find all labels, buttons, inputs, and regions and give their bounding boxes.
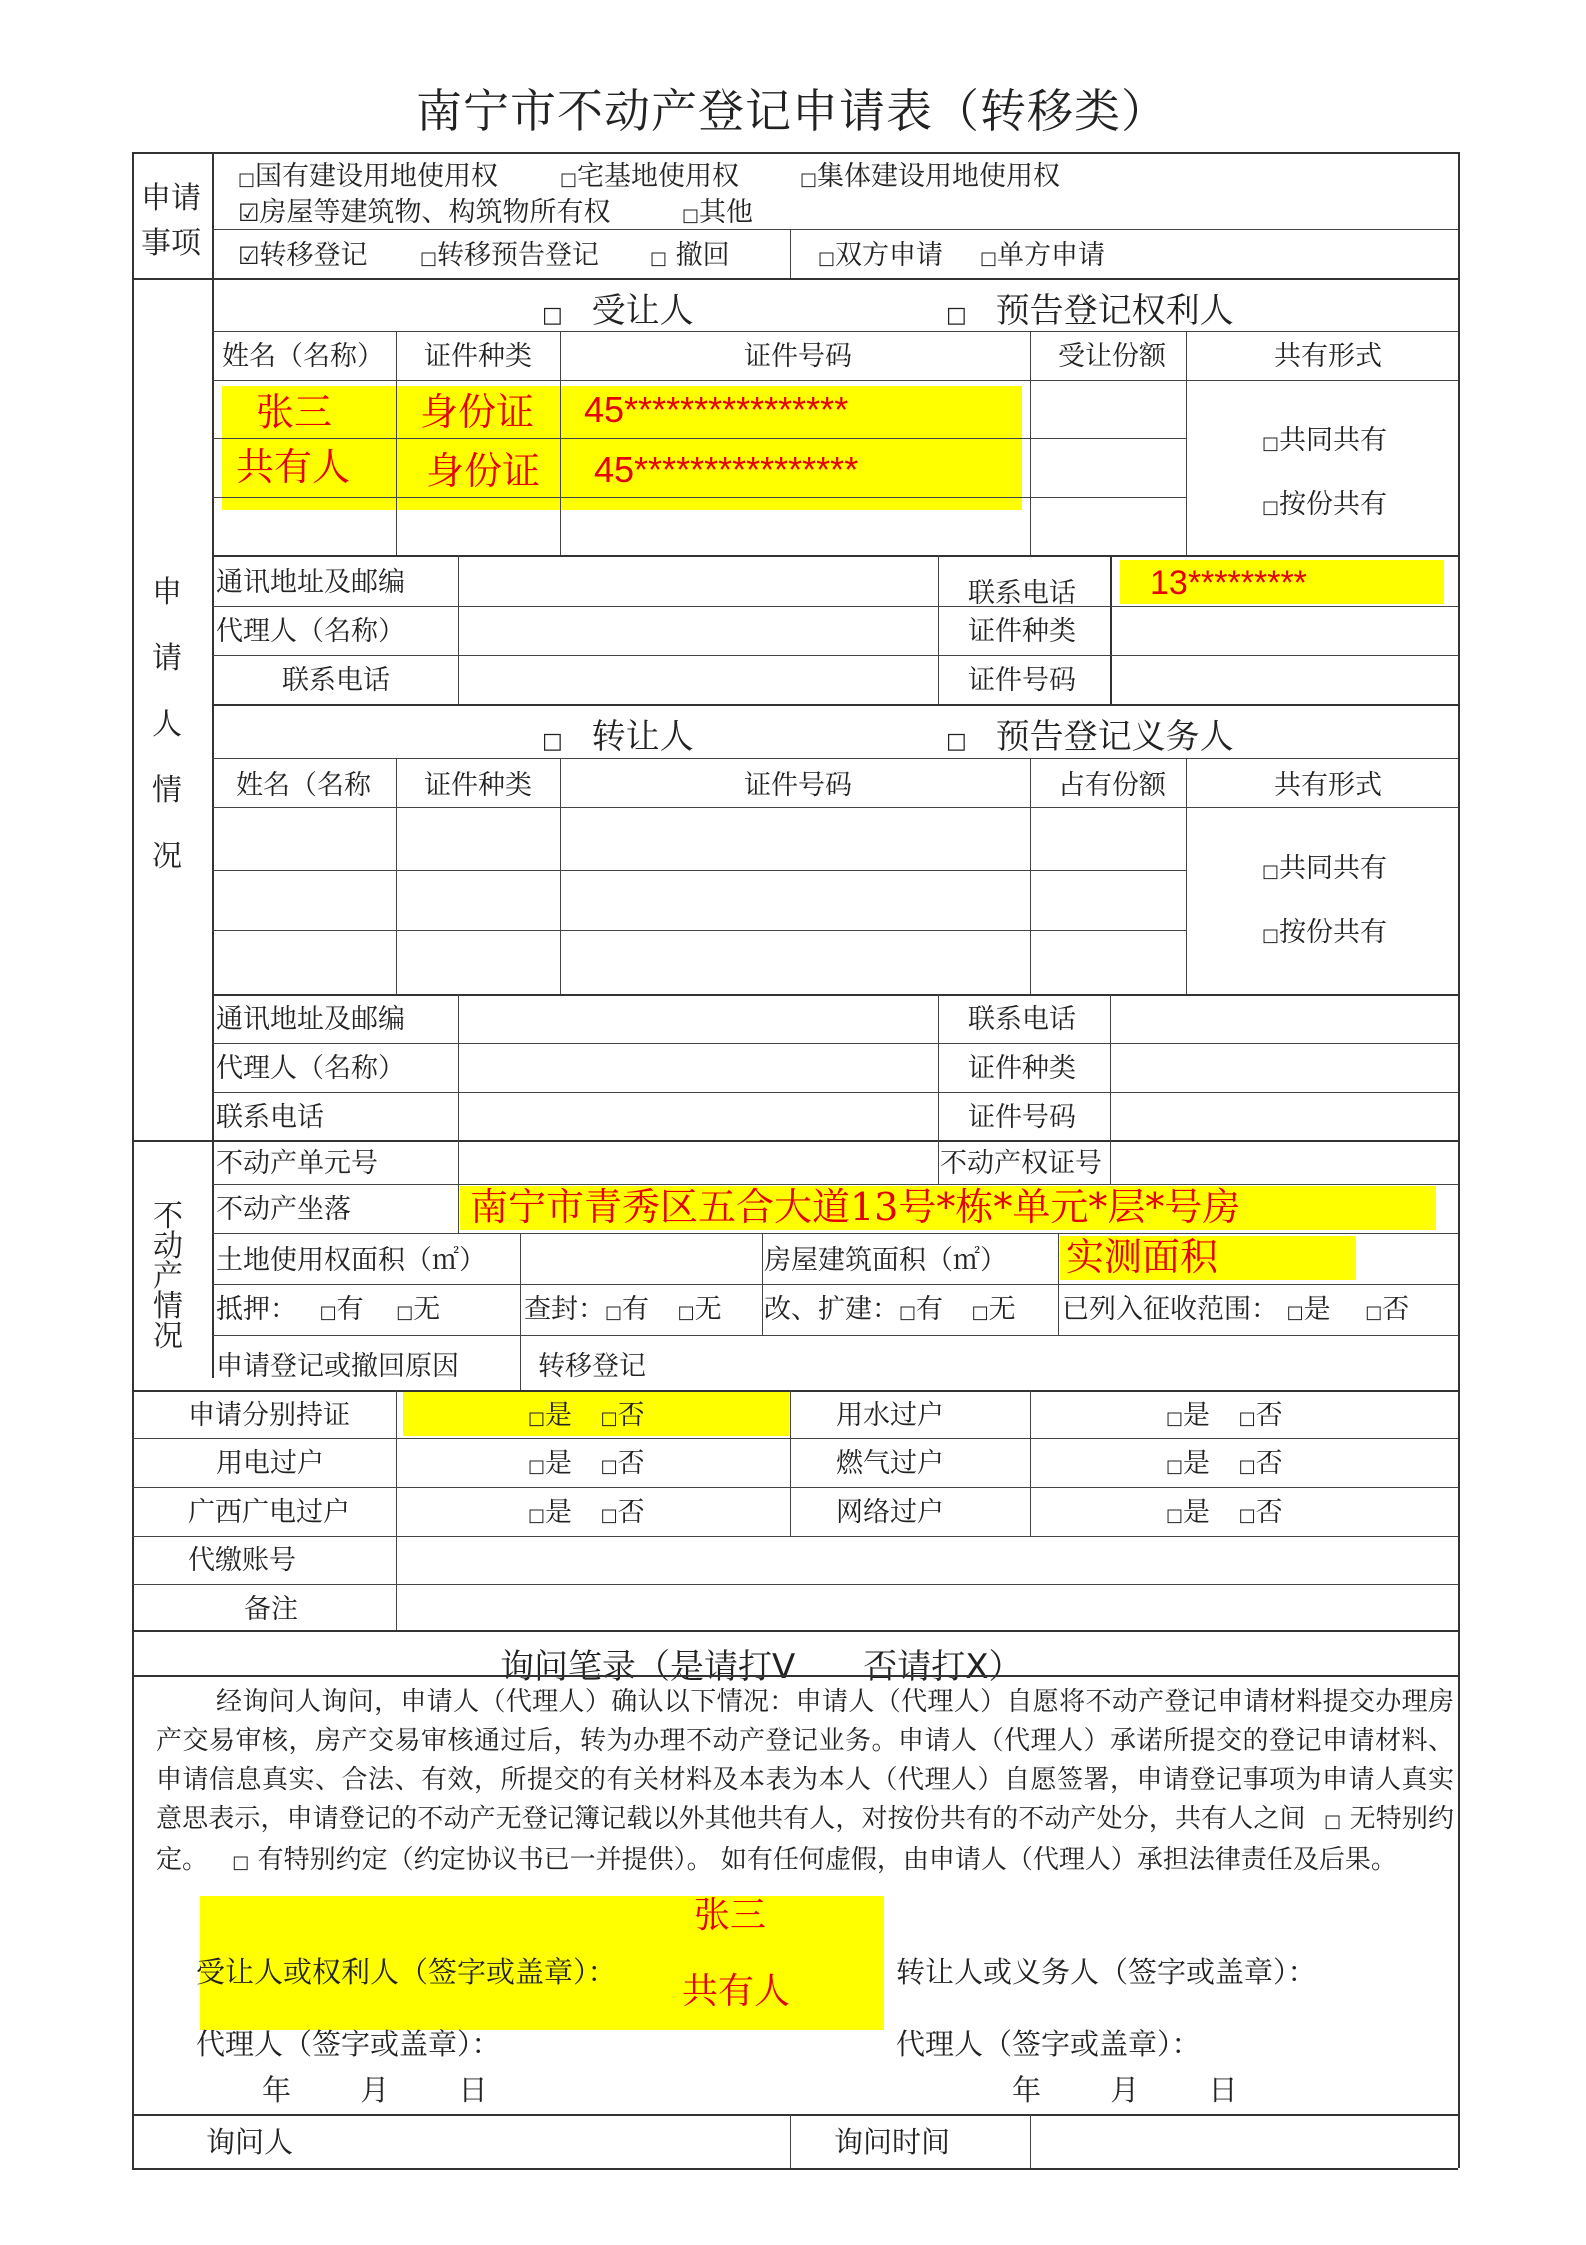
gas-transfer-label: 燃气过户 <box>836 1450 944 1477</box>
agent-id-type-label: 证件种类 <box>968 618 1076 645</box>
co-ownership-joint[interactable]: □共同共有 <box>1262 427 1387 454</box>
inquiry-title: 询问笔录（是请打V 否请打X） <box>500 1650 1023 1684</box>
seizure-field: 查封：□有 □无 <box>524 1296 722 1323</box>
agent-signature-label-left: 代理人（签字或盖章）： <box>196 2030 501 2059</box>
payment-account-input[interactable] <box>398 1538 1456 1583</box>
divider <box>212 229 1458 230</box>
checkbox-icon[interactable]: □ <box>320 1302 337 1323</box>
checkbox-no-agreement[interactable]: □ <box>1324 1811 1341 1832</box>
phone-label: 联系电话 <box>968 1006 1076 1033</box>
application-matters-label: 申请事项 <box>138 176 204 266</box>
divider <box>938 555 939 704</box>
agent-name-label: 代理人（名称） <box>216 618 405 645</box>
electricity-transfer-label: 用电过户 <box>216 1450 324 1477</box>
divider <box>560 331 561 555</box>
checkbox-icon[interactable]: □ <box>1262 861 1279 882</box>
water-transfer-options: □是 □否 <box>1166 1402 1283 1429</box>
divider <box>212 1092 1458 1093</box>
divider <box>790 1390 791 1536</box>
location-value[interactable]: 南宁市青秀区五合大道13号*栋*单元*层*号房 <box>470 1188 1240 1226</box>
transferee-signature-1[interactable]: 张三 <box>694 1898 766 1934</box>
divider <box>1110 555 1112 704</box>
table-row[interactable] <box>214 932 1184 992</box>
checkbox-checked-icon[interactable]: ☑ <box>238 242 260 270</box>
option-transfer-registration[interactable]: ☑转移登记 <box>238 242 368 269</box>
separate-certificate-options: □是 □否 <box>528 1402 645 1429</box>
frame-right <box>1458 152 1460 2168</box>
divider <box>212 555 1458 557</box>
date-right: 年 月 日 <box>1012 2076 1237 2105</box>
date-left: 年 月 日 <box>262 2076 487 2105</box>
checkbox-icon[interactable]: □ <box>1239 1456 1256 1477</box>
checkbox-icon[interactable]: □ <box>528 1456 545 1477</box>
divider <box>212 606 1458 607</box>
name-cell[interactable]: 共有人 <box>236 448 350 486</box>
header-name: 姓名（名称） <box>222 343 384 370</box>
header-id-number: 证件号码 <box>744 343 852 370</box>
id-type-cell[interactable]: 身份证 <box>420 393 534 431</box>
building-area-label: 房屋建筑面积（㎡） <box>764 1247 1007 1274</box>
divider <box>132 1438 1458 1439</box>
header-id-type: 证件种类 <box>424 772 532 799</box>
broadcast-transfer-options: □是 □否 <box>528 1499 645 1526</box>
checkbox-icon[interactable]: □ <box>1287 1302 1304 1323</box>
checkbox-icon[interactable]: □ <box>946 303 967 328</box>
agent-phone-label: 联系电话 <box>282 667 390 694</box>
divider <box>212 655 1458 656</box>
header-name: 姓名（名称 <box>236 772 371 799</box>
checkbox-icon[interactable]: □ <box>528 1505 545 1526</box>
checkbox-icon[interactable]: □ <box>605 1302 622 1323</box>
checkbox-icon[interactable]: □ <box>682 205 699 226</box>
table-row[interactable] <box>214 872 1184 929</box>
address-label: 通讯地址及邮编 <box>216 569 405 596</box>
water-transfer-label: 用水过户 <box>836 1402 944 1429</box>
remarks-input[interactable] <box>398 1586 1456 1630</box>
divider <box>458 1140 459 1184</box>
divider <box>212 1233 1458 1234</box>
checkbox-icon[interactable]: □ <box>1166 1456 1183 1477</box>
checkbox-icon[interactable]: □ <box>238 169 255 190</box>
checkbox-icon[interactable]: □ <box>396 1302 413 1323</box>
header-co-ownership: 共有形式 <box>1274 343 1382 370</box>
network-transfer-label: 网络过户 <box>836 1499 944 1526</box>
checkbox-icon[interactable]: □ <box>899 1302 916 1323</box>
land-area-label: 土地使用权面积（㎡） <box>216 1247 486 1274</box>
checkbox-icon[interactable]: □ <box>1262 497 1279 518</box>
location-label: 不动产坐落 <box>216 1196 351 1223</box>
separate-certificate-label: 申请分别持证 <box>188 1402 350 1429</box>
divider <box>458 1184 459 1233</box>
divider <box>212 807 1458 808</box>
header-share: 受让份额 <box>1058 343 1166 370</box>
divider <box>212 1043 1458 1044</box>
checkbox-icon[interactable]: □ <box>946 729 967 754</box>
role-option-advance-right-holder[interactable]: □ 预告登记权利人 <box>946 294 1234 328</box>
cert-no-label: 不动产权证号 <box>940 1150 1102 1177</box>
divider <box>520 1335 521 1390</box>
checkbox-icon[interactable]: □ <box>542 729 563 754</box>
divider <box>458 994 459 1140</box>
building-area-value[interactable]: 实测面积 <box>1066 1238 1218 1276</box>
label-col-divider <box>212 152 214 1378</box>
checkbox-icon[interactable]: □ <box>1239 1408 1256 1429</box>
header-id-type: 证件种类 <box>424 343 532 370</box>
name-cell[interactable]: 张三 <box>256 393 332 431</box>
checkbox-icon[interactable]: □ <box>542 303 563 328</box>
role-option-transferee[interactable]: □ 受让人 <box>542 294 694 328</box>
transferee-signature-2[interactable]: 共有人 <box>682 1974 790 2010</box>
divider <box>212 758 1458 759</box>
inquiry-time-label: 询问时间 <box>834 2128 950 2157</box>
agent-name-label: 代理人（名称） <box>216 1055 405 1082</box>
page-title: 南宁市不动产登记申请表（转移类） <box>416 88 1168 134</box>
divider <box>396 331 397 555</box>
id-number-cell[interactable]: 45**************** <box>584 392 848 428</box>
payment-account-label: 代缴账号 <box>188 1547 296 1574</box>
frame-left <box>132 152 134 2168</box>
inquiry-time-input[interactable] <box>1032 2116 1456 2166</box>
option-transfer-advance-registration[interactable]: □转移预告登记 <box>420 242 599 269</box>
address-label: 通讯地址及邮编 <box>216 1006 405 1033</box>
checkbox-icon[interactable]: □ <box>1262 433 1279 454</box>
phone-value[interactable]: 13********* <box>1150 566 1307 600</box>
header-id-number: 证件号码 <box>744 772 852 799</box>
option-collective-land-right[interactable]: □集体建设用地使用权 <box>800 163 1060 190</box>
network-transfer-options: □是 □否 <box>1166 1499 1283 1526</box>
expropriation-field: 已列入征收范围： □是 □否 <box>1062 1296 1409 1323</box>
divider <box>1110 994 1111 1140</box>
header-share: 占有份额 <box>1058 772 1166 799</box>
option-bilateral-application[interactable]: □双方申请 <box>818 242 943 269</box>
agent-signature-label-right: 代理人（签字或盖章）： <box>896 2030 1201 2059</box>
agent-id-type-label: 证件种类 <box>968 1055 1076 1082</box>
divider <box>212 704 1458 706</box>
checkbox-icon[interactable]: □ <box>650 248 667 269</box>
transferor-signature-label: 转让人或义务人（签字或盖章）： <box>896 1958 1317 1987</box>
checkbox-icon[interactable]: □ <box>601 1505 618 1526</box>
table-row[interactable] <box>214 809 1184 869</box>
divider <box>458 555 459 704</box>
divider <box>212 994 1458 996</box>
transferee-signature-label: 受让人或权利人（签字或盖章）： <box>196 1958 617 1987</box>
checkbox-icon[interactable]: □ <box>980 248 997 269</box>
divider <box>1030 331 1031 555</box>
divider <box>790 229 791 278</box>
inquirer-label: 询问人 <box>206 2128 293 2157</box>
divider <box>790 2114 791 2168</box>
checkbox-icon[interactable]: □ <box>1166 1505 1183 1526</box>
co-ownership-by-share[interactable]: □按份共有 <box>1262 919 1387 946</box>
agent-id-number-label: 证件号码 <box>968 1104 1076 1131</box>
divider <box>132 278 1458 280</box>
divider <box>212 1284 1458 1285</box>
checkbox-icon[interactable]: □ <box>800 169 817 190</box>
frame-top <box>132 152 1458 154</box>
option-other[interactable]: □其他 <box>682 199 753 226</box>
header-co-ownership: 共有形式 <box>1274 772 1382 799</box>
divider <box>1030 2114 1031 2168</box>
role-option-advance-obligor[interactable]: □ 预告登记义务人 <box>946 720 1234 754</box>
gas-transfer-options: □是 □否 <box>1166 1450 1283 1477</box>
divider <box>132 1140 1458 1142</box>
phone-label: 联系电话 <box>968 580 1076 607</box>
checkbox-icon[interactable]: □ <box>528 1408 545 1429</box>
checkbox-has-agreement[interactable]: □ <box>232 1852 249 1873</box>
option-building-ownership[interactable]: ☑房屋等建筑物、构筑物所有权 <box>238 199 611 226</box>
role-option-transferor[interactable]: □ 转让人 <box>542 720 694 754</box>
checkbox-icon[interactable]: □ <box>420 248 437 269</box>
divider <box>396 1390 397 1630</box>
applicant-section-label: 申请人情况 <box>150 560 184 890</box>
checkbox-icon[interactable]: □ <box>1166 1408 1183 1429</box>
divider <box>132 1584 1458 1585</box>
option-state-land-right[interactable]: □国有建设用地使用权 <box>238 163 498 190</box>
checkbox-icon[interactable]: □ <box>1262 925 1279 946</box>
divider <box>1110 1140 1111 1184</box>
reason-value[interactable]: 转移登记 <box>538 1353 646 1380</box>
reason-label: 申请登记或撤回原因 <box>216 1353 459 1380</box>
mortgage-field: 抵押： □有 □无 <box>216 1296 440 1323</box>
divider <box>1186 331 1187 555</box>
divider <box>132 1390 1458 1392</box>
divider <box>212 1335 1458 1336</box>
divider <box>938 994 939 1140</box>
divider <box>212 438 1186 439</box>
checkbox-icon[interactable]: □ <box>1365 1302 1382 1323</box>
unit-no-label: 不动产单元号 <box>216 1150 378 1177</box>
divider <box>132 1536 1458 1537</box>
option-withdraw[interactable]: □ 撤回 <box>650 242 730 269</box>
checkbox-icon[interactable]: □ <box>560 169 577 190</box>
divider <box>212 930 1186 931</box>
divider <box>938 1140 939 1184</box>
checkbox-icon[interactable]: □ <box>678 1302 695 1323</box>
co-ownership-by-share[interactable]: □按份共有 <box>1262 491 1387 518</box>
checkbox-checked-icon[interactable]: ☑ <box>238 199 260 227</box>
divider <box>132 1630 1458 1632</box>
property-section-label: 不动产情况 <box>152 1202 184 1352</box>
divider <box>1186 758 1187 994</box>
id-type-cell[interactable]: 身份证 <box>426 452 540 490</box>
inquiry-statement: 经询问人询问，申请人（代理人）确认以下情况：申请人（代理人）自愿将不动产登记申请… <box>156 1683 1454 1882</box>
divider <box>212 497 1186 498</box>
co-ownership-joint[interactable]: □共同共有 <box>1262 855 1387 882</box>
agent-id-number-label: 证件号码 <box>968 667 1076 694</box>
electricity-transfer-options: □是 □否 <box>528 1450 645 1477</box>
checkbox-icon[interactable]: □ <box>1239 1505 1256 1526</box>
divider <box>212 331 1458 332</box>
renovation-field: 改、扩建：□有 □无 <box>764 1296 1016 1323</box>
broadcast-transfer-label: 广西广电过户 <box>188 1499 350 1526</box>
checkbox-icon[interactable]: □ <box>972 1302 989 1323</box>
divider <box>132 1487 1458 1488</box>
option-homestead-right[interactable]: □宅基地使用权 <box>560 163 739 190</box>
checkbox-icon[interactable]: □ <box>601 1456 618 1477</box>
option-unilateral-application[interactable]: □单方申请 <box>980 242 1105 269</box>
frame-bottom <box>132 2168 1458 2170</box>
checkbox-icon[interactable]: □ <box>818 248 835 269</box>
divider <box>212 380 1458 381</box>
id-number-cell[interactable]: 45**************** <box>594 452 858 488</box>
agent-phone-label: 联系电话 <box>216 1104 324 1131</box>
divider <box>132 1675 1458 1677</box>
divider <box>1030 1390 1031 1536</box>
divider <box>212 870 1186 871</box>
remarks-label: 备注 <box>244 1596 298 1623</box>
checkbox-icon[interactable]: □ <box>601 1408 618 1429</box>
